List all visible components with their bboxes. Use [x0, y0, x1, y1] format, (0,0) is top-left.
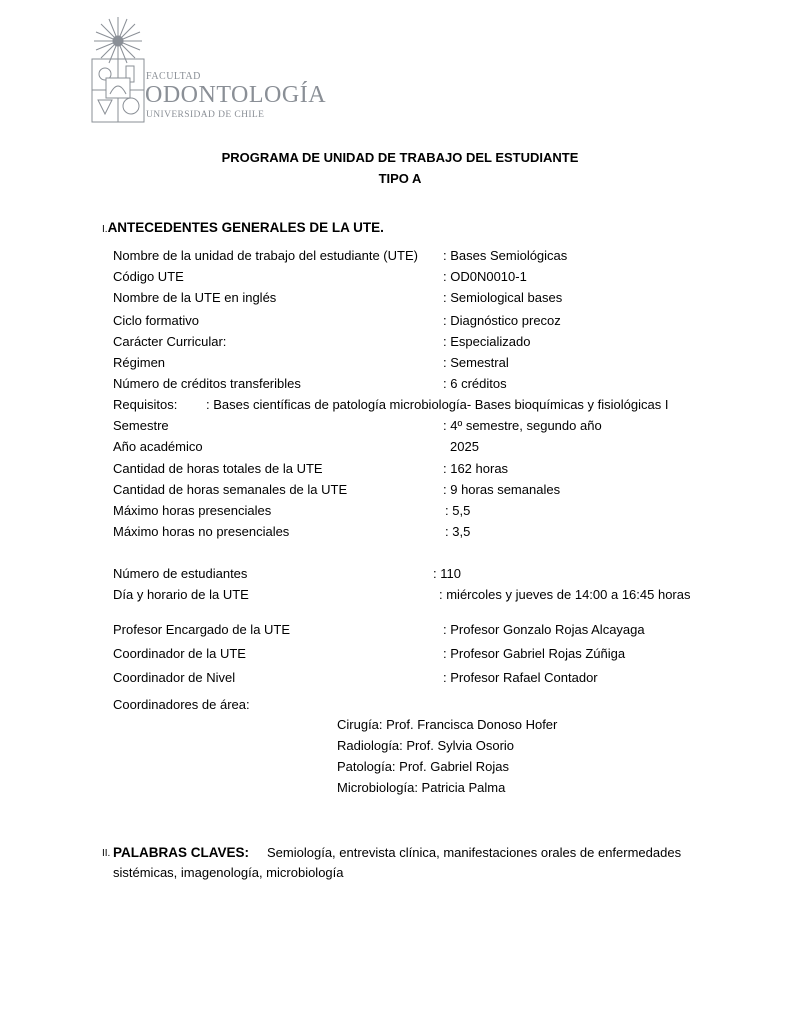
- info-label: Máximo horas no presenciales: [113, 524, 289, 539]
- logo-faculty-name: ODONTOLOGÍA: [145, 82, 326, 109]
- university-crest-icon: [86, 14, 146, 129]
- info-value: : 4º semestre, segundo año: [443, 418, 602, 433]
- info-label: Semestre: [113, 418, 169, 433]
- info-label: Coordinadores de área:: [113, 697, 250, 712]
- info-value: : Semestral: [443, 355, 509, 370]
- area-coordinator: Radiología: Prof. Sylvia Osorio: [337, 738, 514, 753]
- info-label: Nombre de la UTE en inglés: [113, 290, 276, 305]
- info-label: Código UTE: [113, 269, 184, 284]
- info-label: Requisitos:: [113, 397, 177, 412]
- info-label: Régimen: [113, 355, 165, 370]
- info-label: Coordinador de la UTE: [113, 646, 246, 661]
- document-title: PROGRAMA DE UNIDAD DE TRABAJO DEL ESTUDI…: [0, 150, 800, 165]
- logo-faculty-label: FACULTAD: [146, 71, 201, 82]
- logo-university-name: UNIVERSIDAD DE CHILE: [146, 110, 264, 120]
- info-label: Día y horario de la UTE: [113, 587, 249, 602]
- info-value: : 162 horas: [443, 461, 508, 476]
- info-value: : Bases científicas de patología microbi…: [206, 397, 668, 412]
- info-label: Número de créditos transferibles: [113, 376, 301, 391]
- info-value: : 9 horas semanales: [443, 482, 560, 497]
- area-coordinator: Cirugía: Prof. Francisca Donoso Hofer: [337, 717, 557, 732]
- info-label: Profesor Encargado de la UTE: [113, 622, 290, 637]
- info-value: : 3,5: [445, 524, 470, 539]
- info-value: : 110: [433, 566, 461, 581]
- info-value: : Bases Semiológicas: [443, 248, 567, 263]
- info-label: Año académico: [113, 439, 203, 454]
- info-value: : miércoles y jueves de 14:00 a 16:45 ho…: [439, 587, 690, 602]
- info-label: Cantidad de horas totales de la UTE: [113, 461, 323, 476]
- section-2-number: II.: [102, 844, 110, 864]
- info-label: Número de estudiantes: [113, 566, 247, 581]
- info-label: Coordinador de Nivel: [113, 670, 235, 685]
- section-1-heading: I.ANTECEDENTES GENERALES DE LA UTE.: [102, 220, 384, 235]
- keywords-section: II. PALABRAS CLAVES:Semiología, entrevis…: [113, 843, 693, 883]
- info-value: : Profesor Gabriel Rojas Zúñiga: [443, 646, 625, 661]
- info-label: Ciclo formativo: [113, 313, 199, 328]
- info-value: : Semiological bases: [443, 290, 562, 305]
- info-label: Cantidad de horas semanales de la UTE: [113, 482, 347, 497]
- info-label: Nombre de la unidad de trabajo del estud…: [113, 248, 418, 263]
- section-1-title: ANTECEDENTES GENERALES DE LA UTE.: [108, 220, 384, 235]
- info-value: : Profesor Gonzalo Rojas Alcayaga: [443, 622, 645, 637]
- faculty-logo: FACULTAD ODONTOLOGÍA UNIVERSIDAD DE CHIL…: [86, 14, 296, 129]
- info-value: : Especializado: [443, 334, 530, 349]
- document-subtitle: TIPO A: [0, 171, 800, 186]
- info-value: : OD0N0010-1: [443, 269, 527, 284]
- info-label: Máximo horas presenciales: [113, 503, 271, 518]
- info-value: : 6 créditos: [443, 376, 507, 391]
- area-coordinator: Microbiología: Patricia Palma: [337, 780, 505, 795]
- info-value: 2025: [450, 439, 479, 454]
- area-coordinator: Patología: Prof. Gabriel Rojas: [337, 759, 509, 774]
- info-label: Carácter Curricular:: [113, 334, 226, 349]
- section-2-title: PALABRAS CLAVES:: [113, 845, 249, 860]
- info-value: : Profesor Rafael Contador: [443, 670, 598, 685]
- info-value: : 5,5: [445, 503, 470, 518]
- info-value: : Diagnóstico precoz: [443, 313, 561, 328]
